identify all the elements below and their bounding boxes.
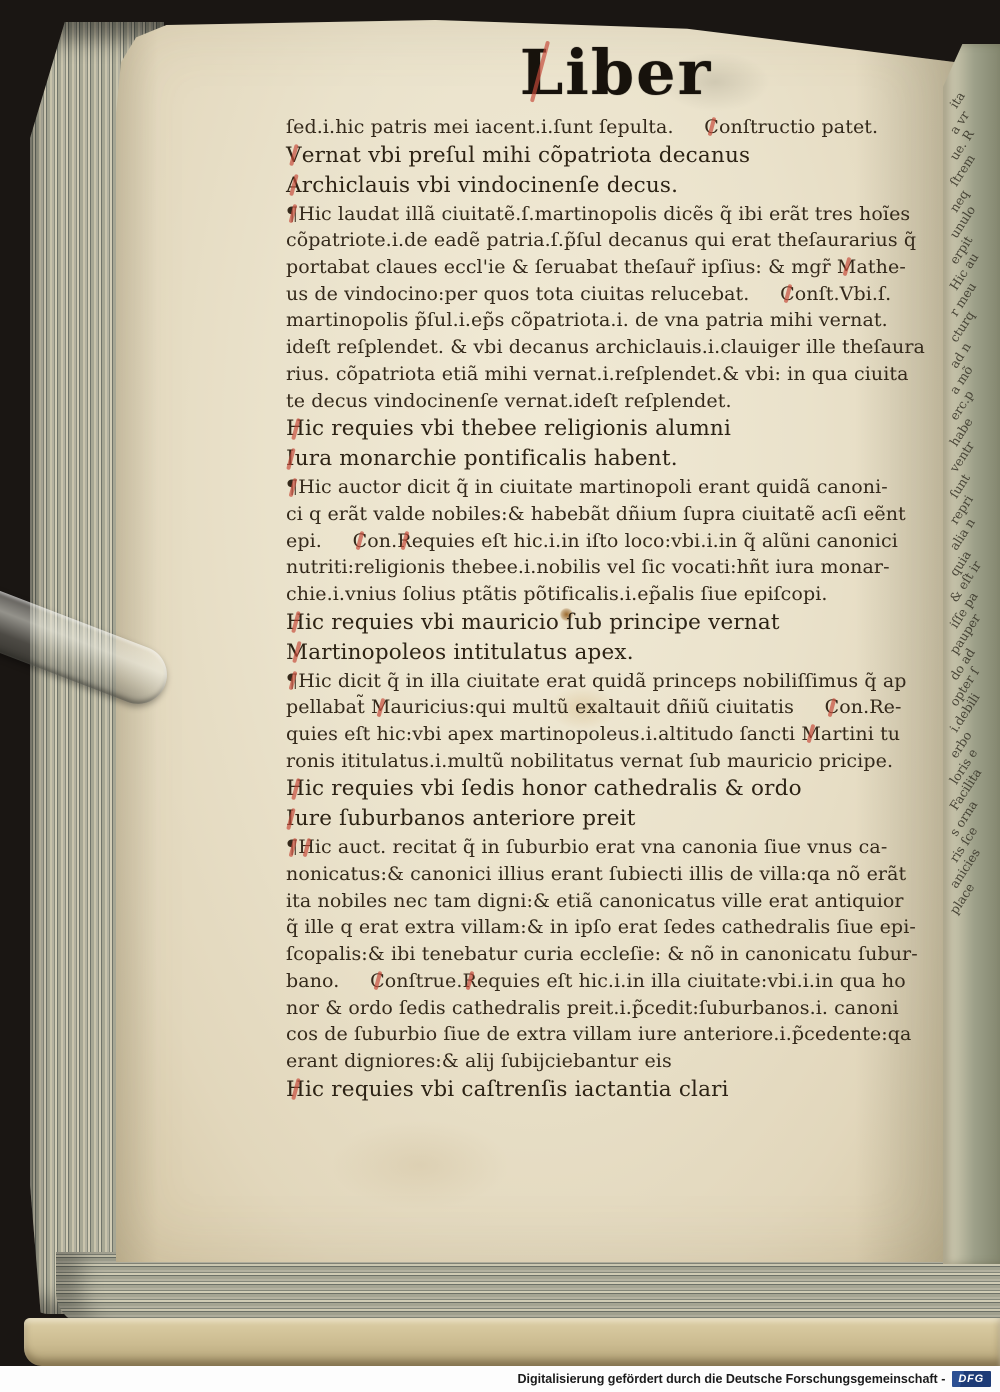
verse-line: Iura monarchie pontificalis habent. xyxy=(286,444,954,474)
verse-line: Hic requies vbi caſtrenſis iactantia cla… xyxy=(286,1075,954,1105)
rubricated-letter: M xyxy=(371,696,391,718)
commentary-line: te decus vindocinenſe vernat.ideſt reſpl… xyxy=(286,388,954,415)
rubricated-letter: C xyxy=(370,970,385,992)
rubricated-letter: H xyxy=(286,416,305,441)
commentary-line: erant digniores:& alij ſubijciebantur ei… xyxy=(286,1048,954,1075)
commentary-line: ſcopalis:& ibi tenebatur curia eccleſie:… xyxy=(286,941,954,968)
commentary-line: chie.i.vnius ſolius ptãtis põtificalis.i… xyxy=(286,581,954,608)
running-title: Liber xyxy=(286,36,946,109)
rubricated-letter: M xyxy=(286,640,308,665)
commentary-line: nutriti:religionis thebee.i.nobilis vel … xyxy=(286,554,954,581)
digitized-book-photo: Liber ſed.i.hic patris mei iacent.i.ſunt… xyxy=(0,0,1000,1392)
rubricated-letter: C xyxy=(704,116,719,138)
commentary-line: portabat claues eccl'ie & ſeruabat theſa… xyxy=(286,254,954,281)
rubricated-letter: ¶ xyxy=(286,670,298,692)
commentary-line: ronis ititulatus.i.multũ nobilitatus ver… xyxy=(286,748,954,775)
rubricated-letter: ¶ xyxy=(286,836,298,858)
recto-text-fragments: itaa vrue. RſtremnequnuloerpitHic aur me… xyxy=(943,44,1000,920)
commentary-line: nonicatus:& canonici illius erant ſubiec… xyxy=(286,861,954,888)
binding-cover xyxy=(24,1318,1000,1366)
commentary-line: q̃ ille q erat extra villam:& in ipſo er… xyxy=(286,914,954,941)
rubricated-letter: R xyxy=(397,530,411,552)
text-lines: ſed.i.hic patris mei iacent.i.ſunt ſepul… xyxy=(286,114,954,1105)
rubricated-letter: ¶ xyxy=(286,203,298,225)
commentary-line: rius. cõpatriota etiã mihi vernat.i.reſp… xyxy=(286,361,954,388)
commentary-line: ſed.i.hic patris mei iacent.i.ſunt ſepul… xyxy=(286,114,954,141)
commentary-line: ¶Hic auct. recitat q̃ in ſuburbio erat v… xyxy=(286,834,954,861)
verse-line: Hic requies vbi ſedis honor cathedralis … xyxy=(286,774,954,804)
verse-line: Hic requies vbi mauricio ſub principe ve… xyxy=(286,608,954,638)
rubricated-letter: C xyxy=(825,696,840,718)
rubricated-letter: H xyxy=(286,610,305,635)
commentary-line: pellabat̃ Mauricius:qui multũ exaltauit … xyxy=(286,694,954,721)
commentary-line: ¶Hic auctor dicit q̃ in ciuitate martino… xyxy=(286,474,954,501)
rubricated-letter: L xyxy=(520,36,566,109)
commentary-line: ideſt reſplendet. & vbi decanus archicla… xyxy=(286,334,954,361)
rubricated-letter: ¶ xyxy=(286,476,298,498)
rubricated-letter: H xyxy=(298,836,315,858)
dfg-banner: Digitalisierung gefördert durch die Deut… xyxy=(0,1366,1000,1392)
commentary-line: ¶Hic dicit q̃ in illa ciuitate erat quid… xyxy=(286,668,954,695)
verse-line: Iure ſuburbanos anteriore preit xyxy=(286,804,954,834)
rubricated-letter: R xyxy=(462,970,476,992)
rubricated-letter: H xyxy=(286,1077,305,1102)
recto-page-edge: itaa vrue. RſtremnequnuloerpitHic aur me… xyxy=(943,44,1000,1264)
commentary-line: ¶Hic laudat illã ciuitatẽ.ſ.martinopolis… xyxy=(286,201,954,228)
banner-text: Digitalisierung gefördert durch die Deut… xyxy=(518,1372,946,1386)
rubricated-letter: V xyxy=(286,143,302,168)
commentary-line: bano. Conſtrue.Requies eſt hic.i.in illa… xyxy=(286,968,954,995)
commentary-line: us de vindocino:per quos tota ciuitas re… xyxy=(286,281,954,308)
verse-line: Martinopoleos intitulatus apex. xyxy=(286,638,954,668)
commentary-line: nor & ordo ſedis cathedralis preit.i.p̃c… xyxy=(286,995,954,1022)
commentary-line: quies eſt hic:vbi apex martinopoleus.i.a… xyxy=(286,721,954,748)
commentary-line: cõpatriote.i.de eadẽ patria.ſ.p̃ſul deca… xyxy=(286,227,954,254)
bottom-fore-edge-page-stack xyxy=(56,1252,1000,1326)
commentary-line: martinopolis p̃ſul.i.ep̃s cõpatriota.i. … xyxy=(286,307,954,334)
rubricated-letter: M xyxy=(801,723,821,745)
rubricated-letter: I xyxy=(286,446,295,471)
verse-line: Vernat vbi preſul mihi cõpatriota decanu… xyxy=(286,141,954,171)
dfg-logo: DFG xyxy=(952,1371,991,1387)
verse-line: Archiclauis vbi vindocinenſe decus. xyxy=(286,171,954,201)
rubricated-letter: C xyxy=(353,530,368,552)
rubricated-letter: I xyxy=(286,806,295,831)
commentary-line: ci q erãt valde nobiles:& habebãt dñium … xyxy=(286,501,954,528)
verse-line: Hic requies vbi thebee religionis alumni xyxy=(286,414,954,444)
rubricated-letter: M xyxy=(837,256,857,278)
rubricated-letter: C xyxy=(780,283,795,305)
commentary-line: ita nobiles nec tam digni:& etiã canonic… xyxy=(286,888,954,915)
commentary-line: cos de ſuburbio ſiue de extra villam iur… xyxy=(286,1021,954,1048)
rubricated-letter: A xyxy=(286,173,302,198)
commentary-line: epi. Con.Requies eſt hic.i.in iſto loco:… xyxy=(286,528,954,555)
rubricated-letter: H xyxy=(286,776,305,801)
